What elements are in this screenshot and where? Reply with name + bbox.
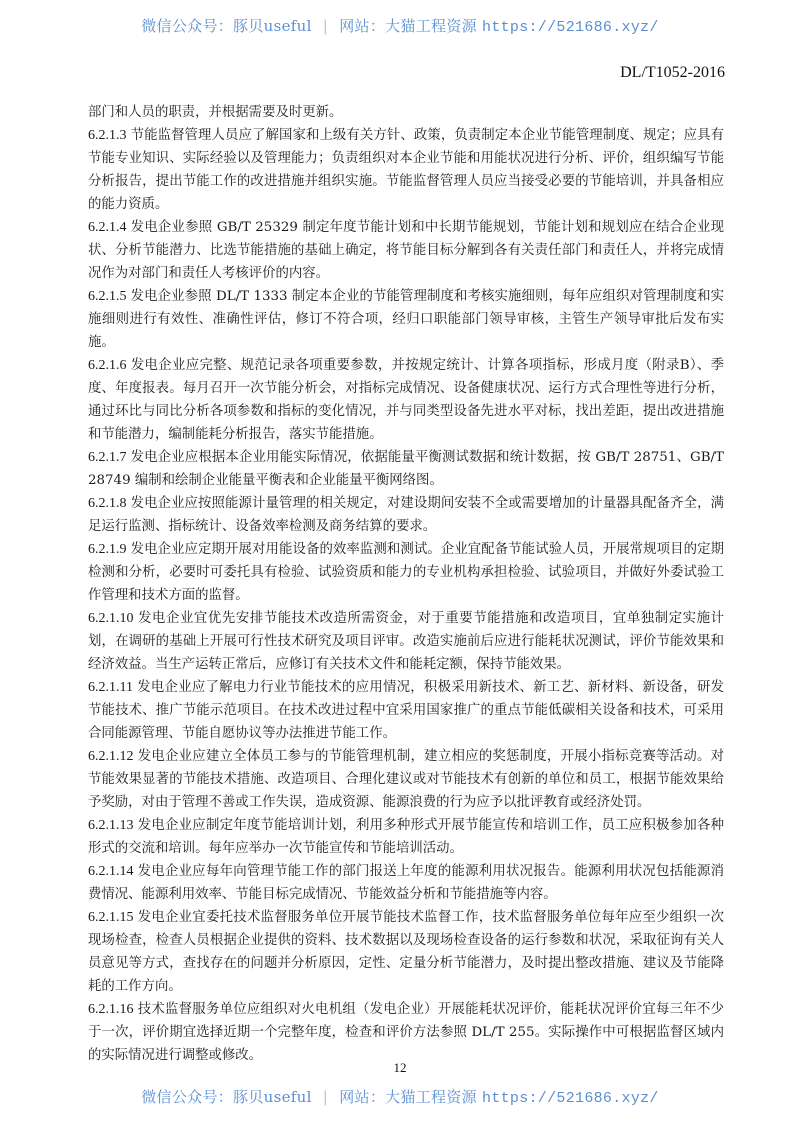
watermark-separator: | [323,17,328,35]
clause-number: 6.2.1.13 [88,818,134,833]
clause-6-2-1-11: 6.2.1.11发电企业应了解电力行业节能技术的应用情况，积极采用新技术、新工艺… [88,676,724,745]
clause-text: 发电企业应完整、规范记录各项重要参数，并按规定统计、计算各项指标，形成月度（附录… [88,358,724,442]
clause-text: 发电企业参照 DL/T 1333 制定本企业的节能管理制度和考核实施细则，每年应… [88,289,724,350]
clause-number: 6.2.1.9 [88,542,127,557]
clause-number: 6.2.1.4 [88,220,127,235]
clause-text: 发电企业应根据本企业用能实际情况，依据能量平衡测试数据和统计数据，按 GB/T … [88,450,724,488]
clause-number: 6.2.1.14 [88,864,134,879]
document-body: 部门和人员的职责，并根据需要及时更新。 6.2.1.3节能监督管理人员应了解国家… [88,101,724,1067]
clause-text: 发电企业应制定年度节能培训计划，利用多种形式开展节能宣传和培训工作，员工应积极参… [88,818,724,856]
watermark-site: 网站：大猫工程资源 [339,17,477,35]
watermark-url: https://521686.xyz/ [482,1090,659,1107]
clause-number: 6.2.1.6 [88,358,127,373]
document-id: DL/T1052-2016 [620,64,725,82]
watermark-url: https://521686.xyz/ [482,19,659,36]
clause-number: 6.2.1.16 [88,1002,134,1017]
clause-6-2-1-14: 6.2.1.14发电企业应每年向管理节能工作的部门报送上年度的能源利用状况报告。… [88,860,724,906]
watermark-wechat: 微信公众号：豚贝useful [141,17,311,35]
page-number: 12 [0,1060,800,1076]
clause-text: 发电企业应了解电力行业节能技术的应用情况，积极采用新技术、新工艺、新材料、新设备… [88,680,724,741]
watermark-footer: 微信公众号：豚贝useful | 网站：大猫工程资源 https://52168… [0,1086,800,1107]
clause-6-2-1-6: 6.2.1.6发电企业应完整、规范记录各项重要参数，并按规定统计、计算各项指标，… [88,354,724,446]
paragraph: 部门和人员的职责，并根据需要及时更新。 [88,101,724,124]
clause-6-2-1-5: 6.2.1.5发电企业参照 DL/T 1333 制定本企业的节能管理制度和考核实… [88,285,724,354]
watermark-separator: | [323,1088,328,1106]
clause-text: 发电企业参照 GB/T 25329 制定年度节能计划和中长期节能规划，节能计划和… [88,220,724,281]
clause-number: 6.2.1.7 [88,450,127,465]
clause-6-2-1-15: 6.2.1.15发电企业宜委托技术监督服务单位开展节能技术监督工作，技术监督服务… [88,906,724,998]
clause-6-2-1-4: 6.2.1.4发电企业参照 GB/T 25329 制定年度节能计划和中长期节能规… [88,216,724,285]
clause-text: 发电企业应每年向管理节能工作的部门报送上年度的能源利用状况报告。能源利用状况包括… [88,864,724,902]
watermark-wechat: 微信公众号：豚贝useful [141,1088,311,1106]
clause-text: 节能监督管理人员应了解国家和上级有关方针、政策，负责制定本企业节能管理制度、规定… [88,128,724,212]
clause-text: 发电企业应按照能源计量管理的相关规定，对建设期间安装不全或需要增加的计量器具配备… [88,496,724,534]
watermark-header: 微信公众号：豚贝useful | 网站：大猫工程资源 https://52168… [0,15,800,36]
clause-number: 6.2.1.10 [88,611,134,626]
clause-number: 6.2.1.15 [88,910,134,925]
clause-number: 6.2.1.5 [88,289,127,304]
clause-6-2-1-7: 6.2.1.7发电企业应根据本企业用能实际情况，依据能量平衡测试数据和统计数据，… [88,446,724,492]
clause-6-2-1-13: 6.2.1.13发电企业应制定年度节能培训计划，利用多种形式开展节能宣传和培训工… [88,814,724,860]
clause-text: 发电企业应定期开展对用能设备的效率监测和测试。企业宜配备节能试验人员，开展常规项… [88,542,724,603]
clause-number: 6.2.1.11 [88,680,133,695]
paragraph-text: 部门和人员的职责，并根据需要及时更新。 [88,105,342,120]
clause-number: 6.2.1.12 [88,749,134,764]
clause-number: 6.2.1.8 [88,496,127,511]
clause-6-2-1-10: 6.2.1.10发电企业宜优先安排节能技术改造所需资金，对于重要节能措施和改造项… [88,607,724,676]
clause-text: 技术监督服务单位应组织对火电机组（发电企业）开展能耗状况评价，能耗状况评价宜每三… [88,1002,724,1063]
clause-6-2-1-8: 6.2.1.8发电企业应按照能源计量管理的相关规定，对建设期间安装不全或需要增加… [88,492,724,538]
watermark-site: 网站：大猫工程资源 [339,1088,477,1106]
clause-6-2-1-9: 6.2.1.9发电企业应定期开展对用能设备的效率监测和测试。企业宜配备节能试验人… [88,538,724,607]
clause-6-2-1-3: 6.2.1.3节能监督管理人员应了解国家和上级有关方针、政策，负责制定本企业节能… [88,124,724,216]
clause-6-2-1-16: 6.2.1.16技术监督服务单位应组织对火电机组（发电企业）开展能耗状况评价，能… [88,998,724,1067]
clause-text: 发电企业应建立全体员工参与的节能管理机制，建立相应的奖惩制度，开展小指标竞赛等活… [88,749,724,810]
clause-text: 发电企业宜优先安排节能技术改造所需资金，对于重要节能措施和改造项目，宜单独制定实… [88,611,724,672]
clause-text: 发电企业宜委托技术监督服务单位开展节能技术监督工作，技术监督服务单位每年应至少组… [88,910,724,994]
clause-number: 6.2.1.3 [88,128,127,143]
clause-6-2-1-12: 6.2.1.12发电企业应建立全体员工参与的节能管理机制，建立相应的奖惩制度，开… [88,745,724,814]
